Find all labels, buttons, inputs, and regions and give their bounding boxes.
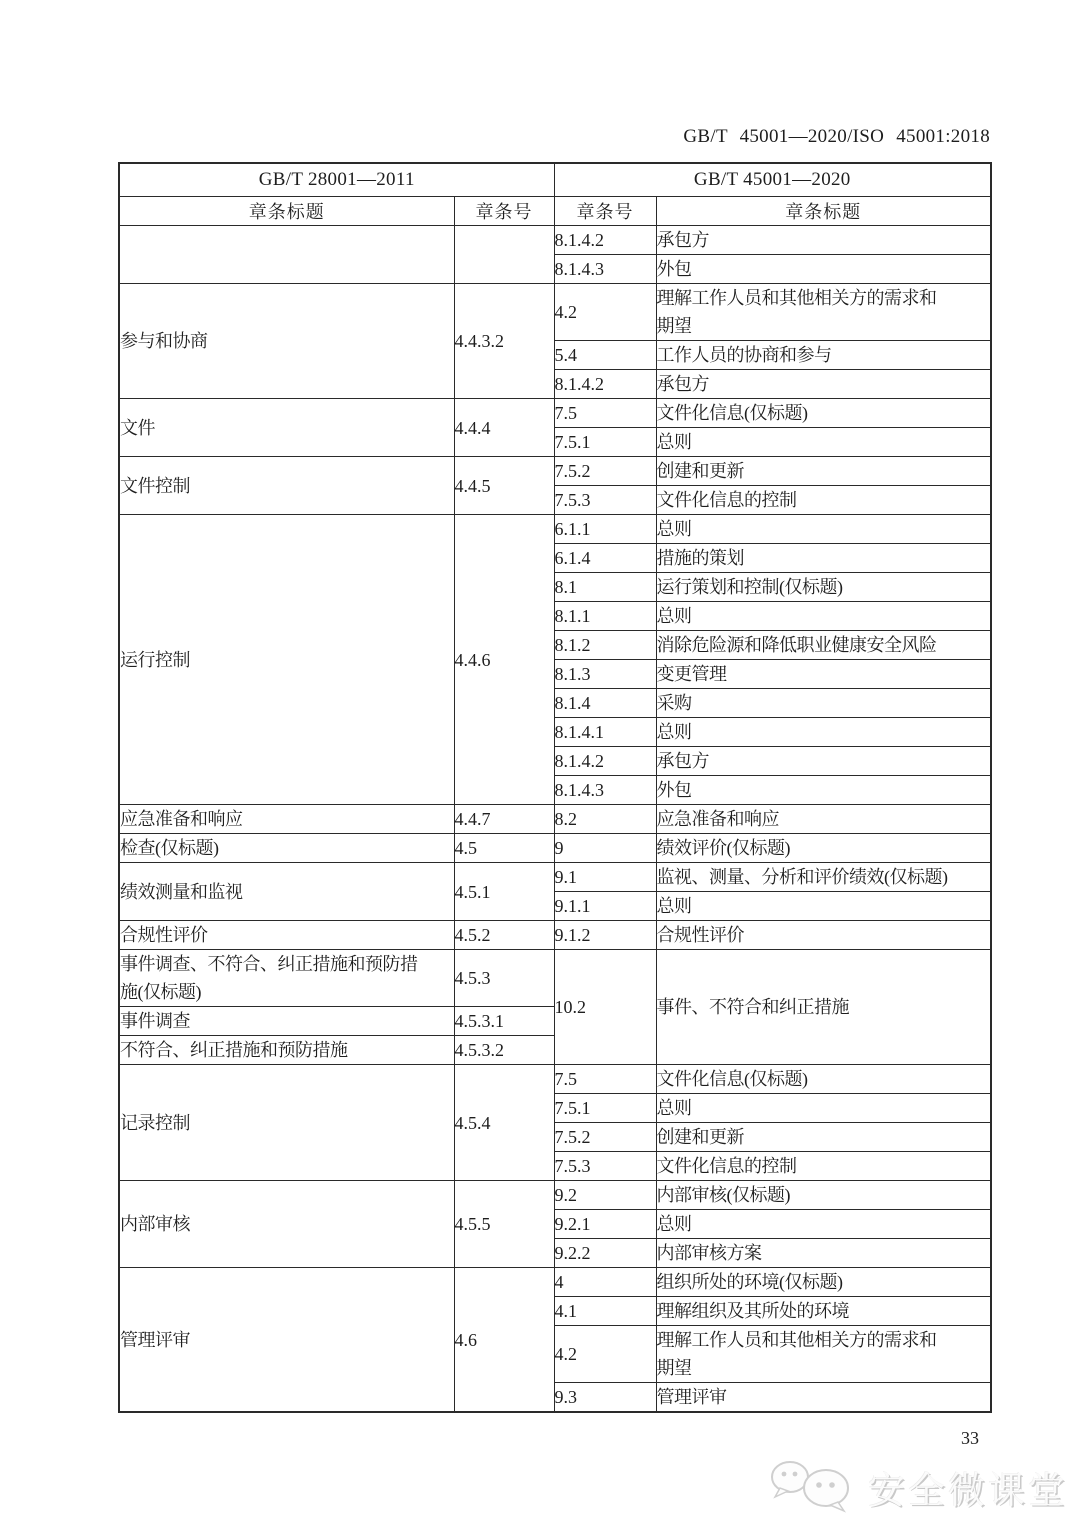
- right-clause-no-cell: 9.2.2: [554, 1239, 656, 1268]
- left-clause-title-cell: [119, 226, 454, 284]
- right-clause-no-cell: 7.5.3: [554, 1152, 656, 1181]
- left-clause-title-cell: 合规性评价: [119, 921, 454, 950]
- right-clause-no-cell: 4.1: [554, 1297, 656, 1326]
- right-clause-title-cell: 运行策划和控制(仅标题): [656, 573, 991, 602]
- left-clause-title-cell: 不符合、纠正措施和预防措施: [119, 1036, 454, 1065]
- right-clause-no-cell: 7.5.3: [554, 486, 656, 515]
- right-clause-title-cell: 总则: [656, 515, 991, 544]
- left-clause-title-cell: 参与和协商: [119, 284, 454, 399]
- right-clause-title-cell: 承包方: [656, 370, 991, 399]
- right-clause-no-cell: 8.1.1: [554, 602, 656, 631]
- right-clause-title-cell: 内部审核(仅标题): [656, 1181, 991, 1210]
- right-clause-title-cell: 绩效评价(仅标题): [656, 834, 991, 863]
- right-clause-no-cell: 8.1.2: [554, 631, 656, 660]
- right-clause-title-cell: 承包方: [656, 226, 991, 255]
- right-clause-no-cell: 4.2: [554, 284, 656, 341]
- right-clause-title-cell: 总则: [656, 718, 991, 747]
- left-clause-no-cell: 4.5.2: [454, 921, 554, 950]
- right-clause-title-cell: 工作人员的协商和参与: [656, 341, 991, 370]
- wechat-bubbles-logo-icon: [768, 1455, 860, 1518]
- right-clause-no-cell: 7.5.1: [554, 428, 656, 457]
- table-row: 参与和协商4.4.3.24.2理解工作人员和其他相关方的需求和 期望: [119, 284, 991, 341]
- left-clause-title-cell: 事件调查、不符合、纠正措施和预防措 施(仅标题): [119, 950, 454, 1007]
- left-clause-title-cell: 应急准备和响应: [119, 805, 454, 834]
- table-row: 检查(仅标题)4.59绩效评价(仅标题): [119, 834, 991, 863]
- right-clause-no-cell: 6.1.1: [554, 515, 656, 544]
- left-clause-title-cell: 管理评审: [119, 1268, 454, 1413]
- table-row: 8.1.4.2承包方: [119, 226, 991, 255]
- right-clause-no-cell: 8.2: [554, 805, 656, 834]
- standard-header-left: GB/T 28001—2011: [119, 163, 554, 197]
- right-clause-title-cell: 措施的策划: [656, 544, 991, 573]
- right-clause-title-cell: 组织所处的环境(仅标题): [656, 1268, 991, 1297]
- table-row: 文件控制4.4.57.5.2创建和更新: [119, 457, 991, 486]
- right-clause-title-cell: 监视、测量、分析和评价绩效(仅标题): [656, 863, 991, 892]
- left-clause-title-cell: 绩效测量和监视: [119, 863, 454, 921]
- right-clause-title-cell: 文件化信息的控制: [656, 486, 991, 515]
- right-clause-title-cell: 承包方: [656, 747, 991, 776]
- right-clause-no-cell: 8.1.3: [554, 660, 656, 689]
- left-clause-title-cell: 内部审核: [119, 1181, 454, 1268]
- right-clause-no-cell: 8.1.4.1: [554, 718, 656, 747]
- right-clause-no-cell: 7.5: [554, 1065, 656, 1094]
- right-clause-title-cell: 外包: [656, 776, 991, 805]
- right-clause-title-cell: 合规性评价: [656, 921, 991, 950]
- right-clause-title-cell: 文件化信息(仅标题): [656, 1065, 991, 1094]
- right-clause-no-cell: 9.1.1: [554, 892, 656, 921]
- right-clause-title-cell: 总则: [656, 602, 991, 631]
- mapping-table-body: 8.1.4.2承包方8.1.4.3外包参与和协商4.4.3.24.2理解工作人员…: [119, 226, 991, 1413]
- left-clause-no-cell: 4.4.3.2: [454, 284, 554, 399]
- table-group-header-row: GB/T 28001—2011 GB/T 45001—2020: [119, 163, 991, 197]
- table-row: 绩效测量和监视4.5.19.1监视、测量、分析和评价绩效(仅标题): [119, 863, 991, 892]
- right-clause-title-cell: 总则: [656, 1094, 991, 1123]
- col-header-left-no: 章条号: [454, 197, 554, 226]
- left-clause-title-cell: 运行控制: [119, 515, 454, 805]
- table-row: 文件4.4.47.5文件化信息(仅标题): [119, 399, 991, 428]
- table-row: 记录控制4.5.47.5文件化信息(仅标题): [119, 1065, 991, 1094]
- right-clause-no-cell: 10.2: [554, 950, 656, 1065]
- right-clause-title-cell: 理解工作人员和其他相关方的需求和 期望: [656, 284, 991, 341]
- table-row: 事件调查、不符合、纠正措施和预防措 施(仅标题)4.5.310.2事件、不符合和…: [119, 950, 991, 1007]
- left-clause-no-cell: 4.5.5: [454, 1181, 554, 1268]
- table-row: 内部审核4.5.59.2内部审核(仅标题): [119, 1181, 991, 1210]
- standard-header-right: GB/T 45001—2020: [554, 163, 991, 197]
- right-clause-no-cell: 4.2: [554, 1326, 656, 1383]
- document-standard-header: GB/T 45001—2020/ISO 45001:2018: [683, 126, 990, 148]
- right-clause-title-cell: 文件化信息(仅标题): [656, 399, 991, 428]
- right-clause-title-cell: 文件化信息的控制: [656, 1152, 991, 1181]
- table-row: 应急准备和响应4.4.78.2应急准备和响应: [119, 805, 991, 834]
- table-row: 运行控制4.4.66.1.1总则: [119, 515, 991, 544]
- table-row: 管理评审4.64组织所处的环境(仅标题): [119, 1268, 991, 1297]
- right-clause-no-cell: 8.1.4.3: [554, 255, 656, 284]
- left-clause-no-cell: 4.5: [454, 834, 554, 863]
- right-clause-no-cell: 8.1.4.2: [554, 370, 656, 399]
- right-clause-no-cell: 7.5.1: [554, 1094, 656, 1123]
- right-clause-no-cell: 8.1.4: [554, 689, 656, 718]
- left-clause-no-cell: 4.4.4: [454, 399, 554, 457]
- left-clause-no-cell: 4.5.4: [454, 1065, 554, 1181]
- watermark: 安全微课堂: [768, 1455, 1068, 1518]
- right-clause-title-cell: 创建和更新: [656, 457, 991, 486]
- right-clause-no-cell: 7.5: [554, 399, 656, 428]
- clause-mapping-table: GB/T 28001—2011 GB/T 45001—2020 章条标题 章条号…: [118, 162, 992, 1413]
- right-clause-no-cell: 7.5.2: [554, 1123, 656, 1152]
- left-clause-title-cell: 文件控制: [119, 457, 454, 515]
- left-clause-no-cell: 4.5.3.2: [454, 1036, 554, 1065]
- left-clause-title-cell: 文件: [119, 399, 454, 457]
- right-clause-no-cell: 9: [554, 834, 656, 863]
- right-clause-title-cell: 创建和更新: [656, 1123, 991, 1152]
- document-page: GB/T 45001—2020/ISO 45001:2018 GB/T 2800…: [0, 0, 1080, 1527]
- right-clause-no-cell: 9.3: [554, 1383, 656, 1413]
- right-clause-title-cell: 内部审核方案: [656, 1239, 991, 1268]
- right-clause-no-cell: 8.1.4.2: [554, 747, 656, 776]
- right-clause-title-cell: 理解工作人员和其他相关方的需求和 期望: [656, 1326, 991, 1383]
- left-clause-title-cell: 记录控制: [119, 1065, 454, 1181]
- right-clause-title-cell: 理解组织及其所处的环境: [656, 1297, 991, 1326]
- left-clause-no-cell: 4.5.3: [454, 950, 554, 1007]
- right-clause-no-cell: 6.1.4: [554, 544, 656, 573]
- right-clause-title-cell: 事件、不符合和纠正措施: [656, 950, 991, 1065]
- right-clause-no-cell: 9.2.1: [554, 1210, 656, 1239]
- right-clause-title-cell: 变更管理: [656, 660, 991, 689]
- right-clause-no-cell: 7.5.2: [554, 457, 656, 486]
- right-clause-no-cell: 9.1.2: [554, 921, 656, 950]
- right-clause-title-cell: 消除危险源和降低职业健康安全风险: [656, 631, 991, 660]
- table-row: 合规性评价4.5.29.1.2合规性评价: [119, 921, 991, 950]
- left-clause-title-cell: 事件调查: [119, 1007, 454, 1036]
- left-clause-no-cell: [454, 226, 554, 284]
- col-header-right-no: 章条号: [554, 197, 656, 226]
- left-clause-title-cell: 检查(仅标题): [119, 834, 454, 863]
- page-number: 33: [961, 1428, 979, 1449]
- right-clause-no-cell: 8.1: [554, 573, 656, 602]
- left-clause-no-cell: 4.5.1: [454, 863, 554, 921]
- left-clause-no-cell: 4.4.7: [454, 805, 554, 834]
- left-clause-no-cell: 4.6: [454, 1268, 554, 1413]
- right-clause-title-cell: 管理评审: [656, 1383, 991, 1413]
- right-clause-no-cell: 5.4: [554, 341, 656, 370]
- left-clause-no-cell: 4.4.6: [454, 515, 554, 805]
- col-header-right-title: 章条标题: [656, 197, 991, 226]
- right-clause-title-cell: 外包: [656, 255, 991, 284]
- right-clause-title-cell: 应急准备和响应: [656, 805, 991, 834]
- right-clause-title-cell: 总则: [656, 428, 991, 457]
- col-header-left-title: 章条标题: [119, 197, 454, 226]
- right-clause-no-cell: 8.1.4.3: [554, 776, 656, 805]
- right-clause-no-cell: 9.2: [554, 1181, 656, 1210]
- watermark-text: 安全微课堂: [868, 1460, 1068, 1514]
- right-clause-no-cell: 8.1.4.2: [554, 226, 656, 255]
- left-clause-no-cell: 4.5.3.1: [454, 1007, 554, 1036]
- right-clause-title-cell: 总则: [656, 892, 991, 921]
- table-column-header-row: 章条标题 章条号 章条号 章条标题: [119, 197, 991, 226]
- right-clause-no-cell: 9.1: [554, 863, 656, 892]
- right-clause-title-cell: 总则: [656, 1210, 991, 1239]
- right-clause-no-cell: 4: [554, 1268, 656, 1297]
- left-clause-no-cell: 4.4.5: [454, 457, 554, 515]
- right-clause-title-cell: 采购: [656, 689, 991, 718]
